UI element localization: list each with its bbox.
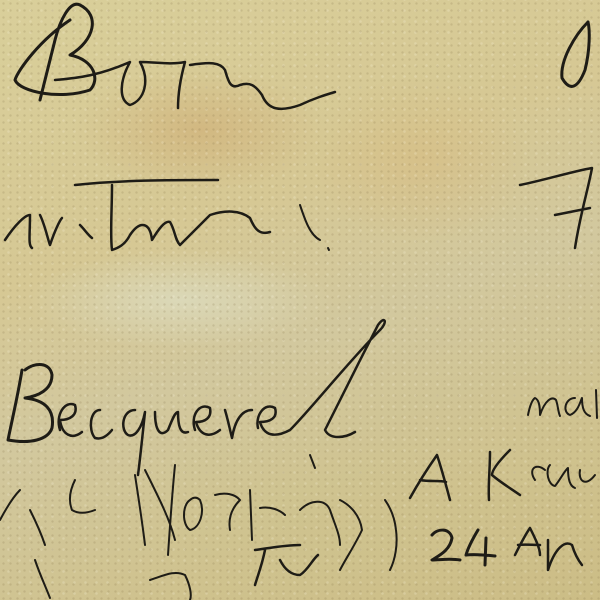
signature-einstein (5, 180, 329, 250)
signature-born (15, 4, 335, 109)
signature-becquerel (8, 320, 385, 475)
signature-scrawl-lower (0, 455, 397, 600)
signature-partial-ma (528, 390, 597, 418)
handwriting-layer (0, 0, 600, 600)
signature-date (432, 528, 582, 570)
signature-a-k (410, 450, 595, 500)
plaster-wall-photo: Born instein Becquerel ma A K Nørgaard 2… (0, 0, 600, 600)
signature-partial-7 (520, 168, 592, 248)
signature-partial-o (562, 22, 589, 86)
